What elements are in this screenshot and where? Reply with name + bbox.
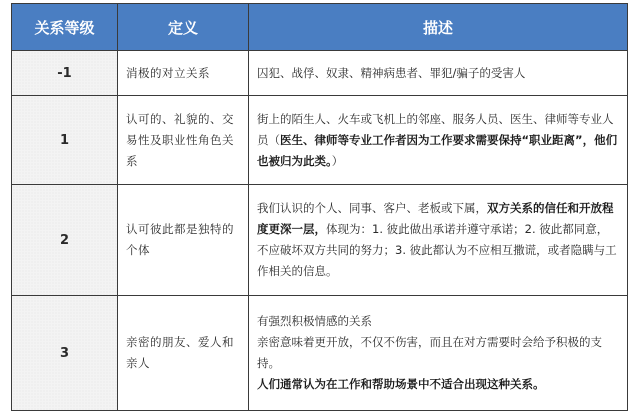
description-cell: 囚犯、战俘、奴隶、精神病患者、罪犯/骗子的受害人 <box>249 51 628 96</box>
description-cell: 街上的陌生人、火车或飞机上的邻座、服务人员、医生、律师等专业人员（医生、律师等专… <box>249 96 628 185</box>
level-cell: 2 <box>12 185 118 296</box>
description-bold-text: 医生、律师等专业工作者因为工作要求需要保持“职业距离”，他们也被归为此类。 <box>257 133 617 168</box>
definition-cell: 消极的对立关系 <box>118 51 249 96</box>
relationship-levels-table-container: 关系等级 定义 描述 -1 消极的对立关系 囚犯、战俘、奴隶、精神病患者、罪犯/… <box>11 3 627 411</box>
header-definition: 定义 <box>118 4 249 51</box>
table-row: 3 亲密的朋友、爱人和亲人 有强烈积极情感的关系 亲密意味着更开放，不仅不伤害，… <box>12 296 628 411</box>
relationship-levels-table: 关系等级 定义 描述 -1 消极的对立关系 囚犯、战俘、奴隶、精神病患者、罪犯/… <box>11 3 628 411</box>
level-cell: 3 <box>12 296 118 411</box>
definition-cell: 认可彼此都是独特的个体 <box>118 185 249 296</box>
table-row: -1 消极的对立关系 囚犯、战俘、奴隶、精神病患者、罪犯/骗子的受害人 <box>12 51 628 96</box>
definition-cell: 亲密的朋友、爱人和亲人 <box>118 296 249 411</box>
description-cell: 我们认识的个人、同事、客户、老板或下属，双方关系的信任和开放程度更深一层，体现为… <box>249 185 628 296</box>
header-description: 描述 <box>249 4 628 51</box>
description-line: 亲密意味着更开放，不仅不伤害，而且在对方需要时会给予积极的支持。 <box>257 332 619 374</box>
description-text: 囚犯、战俘、奴隶、精神病患者、罪犯/骗子的受害人 <box>257 66 525 80</box>
level-cell: -1 <box>12 51 118 96</box>
definition-cell: 认可的、礼貌的、交易性及职业性角色关系 <box>118 96 249 185</box>
description-text: 我们认识的个人、同事、客户、老板或下属， <box>257 201 487 215</box>
description-cell: 有强烈积极情感的关系 亲密意味着更开放，不仅不伤害，而且在对方需要时会给予积极的… <box>249 296 628 411</box>
header-level: 关系等级 <box>12 4 118 51</box>
description-bold-line: 人们通常认为在工作和帮助场景中不适合出现这种关系。 <box>257 374 619 395</box>
table-row: 1 认可的、礼貌的、交易性及职业性角色关系 街上的陌生人、火车或飞机上的邻座、服… <box>12 96 628 185</box>
description-line: 有强烈积极情感的关系 <box>257 311 619 332</box>
level-cell: 1 <box>12 96 118 185</box>
table-header-row: 关系等级 定义 描述 <box>12 4 628 51</box>
table-row: 2 认可彼此都是独特的个体 我们认识的个人、同事、客户、老板或下属，双方关系的信… <box>12 185 628 296</box>
description-text: ） <box>332 154 344 168</box>
